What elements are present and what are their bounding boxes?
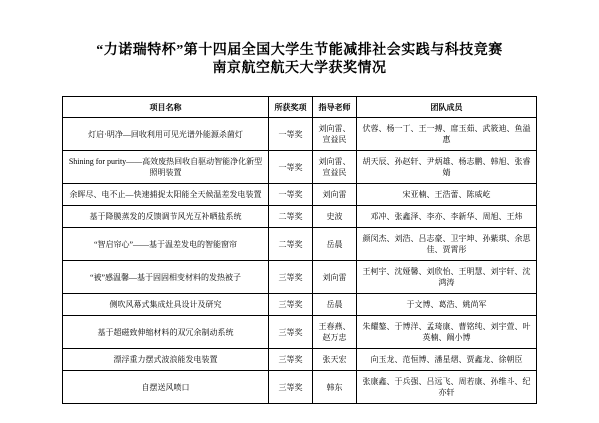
award-cell: 三等奖 bbox=[269, 316, 313, 349]
members-cell: 向玉龙、范恒博、潘星熠、贾鑫龙、徐朝臣 bbox=[357, 349, 537, 371]
title-line-1: “力诺瑞特杯”第十四届全国大学生节能减排社会实践与科技竞赛 bbox=[0, 42, 599, 60]
awards-table: 项目名称 所获奖项 指导老师 团队成员 灯启·明净—回收利用可见光谱外能源杀菌灯… bbox=[62, 96, 537, 404]
award-cell: 三等奖 bbox=[269, 294, 313, 316]
members-cell: 颜闵杰、刘浩、吕志豪、卫宇坤、孙紫琪、余思佳、贾霄彤 bbox=[357, 228, 537, 261]
project-cell: 灯启·明净—回收利用可见光谱外能源杀菌灯 bbox=[63, 118, 269, 151]
header-advisor: 指导老师 bbox=[313, 97, 357, 118]
advisor-cell: 刘向雷、宣益民 bbox=[313, 151, 357, 184]
document-page: “力诺瑞特杯”第十四届全国大学生节能减排社会实践与科技竞赛 南京航空航天大学获奖… bbox=[0, 0, 599, 423]
table-row: 灯启·明净—回收利用可见光谱外能源杀菌灯 一等奖 刘向雷、宣益民 伏蓉、杨一丁、… bbox=[63, 118, 537, 151]
award-cell: 一等奖 bbox=[269, 184, 313, 206]
project-cell: 余晖尽、电不止—快速捕捉太阳能全天候温差发电装置 bbox=[63, 184, 269, 206]
advisor-cell: 刘向雷 bbox=[313, 184, 357, 206]
table-row: 漂浮重力摆式波浪能发电装置 三等奖 张天宏 向玉龙、范恒博、潘星熠、贾鑫龙、徐朝… bbox=[63, 349, 537, 371]
award-cell: 三等奖 bbox=[269, 371, 313, 404]
members-cell: 朱耀鏊、于博洋、孟琦康、曹铭纯、刘宇萱、叶英楠、阚小博 bbox=[357, 316, 537, 349]
award-cell: 一等奖 bbox=[269, 151, 313, 184]
project-cell: 基于降膜蒸发的反馈调节风光互补晒盐系统 bbox=[63, 206, 269, 228]
header-members: 团队成员 bbox=[357, 97, 537, 118]
project-cell: 自摆送风喷口 bbox=[63, 371, 269, 404]
table-row: Shining for purity——高效废热回收自驱动智能净化新型照明装置 … bbox=[63, 151, 537, 184]
advisor-cell: 王春燕、赵万忠 bbox=[313, 316, 357, 349]
advisor-cell: 韩东 bbox=[313, 371, 357, 404]
project-cell: Shining for purity——高效废热回收自驱动智能净化新型照明装置 bbox=[63, 151, 269, 184]
award-cell: 三等奖 bbox=[269, 261, 313, 294]
project-cell: 基于超磁致伸缩材料的双冗余制动系统 bbox=[63, 316, 269, 349]
table-row: “被”感温馨—基于固固相变材料的发热被子 三等奖 刘向雷 王柯宇、沈娅馨、刘欣怡… bbox=[63, 261, 537, 294]
header-award: 所获奖项 bbox=[269, 97, 313, 118]
members-cell: 张康鑫、于兵强、吕远飞、周若康、孙维斗、纪亦轩 bbox=[357, 371, 537, 404]
award-cell: 二等奖 bbox=[269, 206, 313, 228]
table-row: 余晖尽、电不止—快速捕捉太阳能全天候温差发电装置 一等奖 刘向雷 宋亚楠、王浩蕾… bbox=[63, 184, 537, 206]
project-cell: 漂浮重力摆式波浪能发电装置 bbox=[63, 349, 269, 371]
header-project: 项目名称 bbox=[63, 97, 269, 118]
table-row: 基于降膜蒸发的反馈调节风光互补晒盐系统 二等奖 史波 邓冲、张鑫泽、李亦、李新华… bbox=[63, 206, 537, 228]
advisor-cell: 史波 bbox=[313, 206, 357, 228]
project-cell: 侧吹风幕式集成灶具设计及研究 bbox=[63, 294, 269, 316]
table-header-row: 项目名称 所获奖项 指导老师 团队成员 bbox=[63, 97, 537, 118]
members-cell: 伏蓉、杨一丁、王一搏、席玉茹、武筱迪、鱼溢惠 bbox=[357, 118, 537, 151]
members-cell: 于文博、葛浩、姚尚军 bbox=[357, 294, 537, 316]
advisor-cell: 岳晨 bbox=[313, 294, 357, 316]
table-row: “智启帘心”——基于温差发电的智能窗帘 二等奖 岳晨 颜闵杰、刘浩、吕志豪、卫宇… bbox=[63, 228, 537, 261]
title-line-2: 南京航空航天大学获奖情况 bbox=[0, 60, 599, 78]
table-row: 自摆送风喷口 三等奖 韩东 张康鑫、于兵强、吕远飞、周若康、孙维斗、纪亦轩 bbox=[63, 371, 537, 404]
project-cell: “智启帘心”——基于温差发电的智能窗帘 bbox=[63, 228, 269, 261]
table-row: 侧吹风幕式集成灶具设计及研究 三等奖 岳晨 于文博、葛浩、姚尚军 bbox=[63, 294, 537, 316]
members-cell: 胡天辰、孙赵轩、尹炳雄、杨志鹏、韩旭、张睿婧 bbox=[357, 151, 537, 184]
advisor-cell: 张天宏 bbox=[313, 349, 357, 371]
advisor-cell: 刘向雷、宣益民 bbox=[313, 118, 357, 151]
award-cell: 二等奖 bbox=[269, 228, 313, 261]
members-cell: 宋亚楠、王浩蕾、陈威屹 bbox=[357, 184, 537, 206]
members-cell: 王柯宇、沈娅馨、刘欣怡、王明慧、刘宇轩、沈鸿涛 bbox=[357, 261, 537, 294]
award-cell: 一等奖 bbox=[269, 118, 313, 151]
project-cell: “被”感温馨—基于固固相变材料的发热被子 bbox=[63, 261, 269, 294]
table-row: 基于超磁致伸缩材料的双冗余制动系统 三等奖 王春燕、赵万忠 朱耀鏊、于博洋、孟琦… bbox=[63, 316, 537, 349]
document-title: “力诺瑞特杯”第十四届全国大学生节能减排社会实践与科技竞赛 南京航空航天大学获奖… bbox=[0, 0, 599, 78]
advisor-cell: 岳晨 bbox=[313, 228, 357, 261]
award-cell: 三等奖 bbox=[269, 349, 313, 371]
advisor-cell: 刘向雷 bbox=[313, 261, 357, 294]
members-cell: 邓冲、张鑫泽、李亦、李新华、周旭、王炜 bbox=[357, 206, 537, 228]
